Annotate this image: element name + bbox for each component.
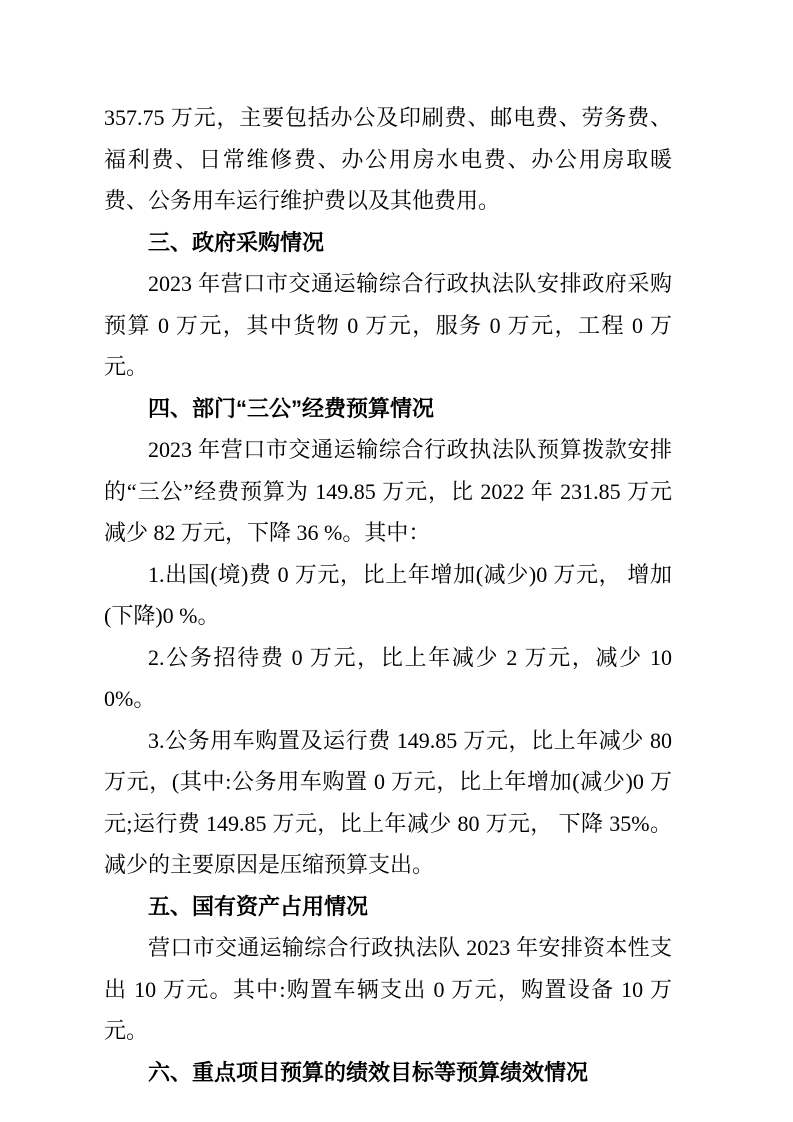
para-item-1-abroad-fee: 1.出国(境)费 0 万元，比上年增加(减少)0 万元， 增加(下降)0 %。: [104, 554, 672, 637]
document-page: 357.75 万元，主要包括办公及印刷费、邮电费、劳务费、福利费、日常维修费、办…: [0, 0, 793, 1122]
para-state-assets: 营口市交通运输综合行政执法队 2023 年安排资本性支出 10 万元。其中:购置…: [104, 927, 672, 1052]
para-item-3-vehicle-fee: 3.公务用车购置及运行费 149.85 万元，比上年减少 80 万元，(其中:公…: [104, 720, 672, 886]
para-item-2-reception-fee: 2.公务招待费 0 万元，比上年减少 2 万元，减少 100%。: [104, 637, 672, 720]
para-general-expenses-continuation: 357.75 万元，主要包括办公及印刷费、邮电费、劳务费、福利费、日常维修费、办…: [104, 97, 672, 222]
para-three-public-summary: 2023 年营口市交通运输综合行政执法队预算拨款安排的“三公”经费预算为 149…: [104, 429, 672, 554]
para-gov-procurement: 2023 年营口市交通运输综合行政执法队安排政府采购预算 0 万元，其中货物 0…: [104, 263, 672, 388]
section-heading-state-assets: 五、国有资产占用情况: [104, 886, 672, 928]
section-heading-performance-targets: 六、重点项目预算的绩效目标等预算绩效情况: [104, 1052, 672, 1094]
section-heading-gov-procurement: 三、政府采购情况: [104, 222, 672, 264]
section-heading-three-public-budget: 四、部门“三公”经费预算情况: [104, 388, 672, 430]
